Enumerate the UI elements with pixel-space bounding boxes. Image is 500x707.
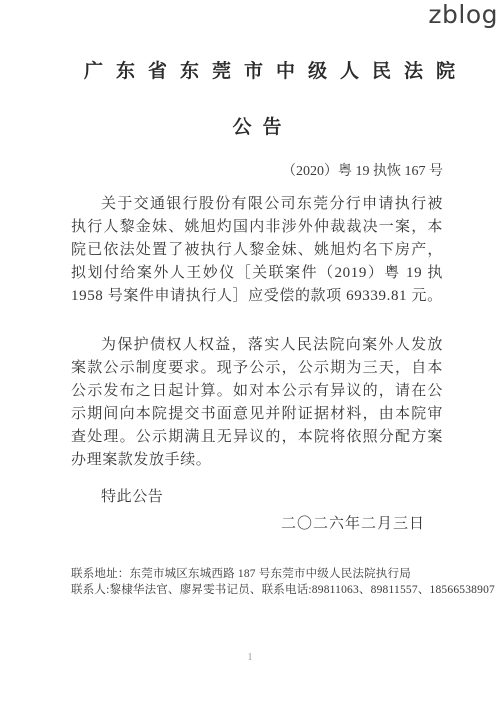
announcement-paragraph-2: 为保护债权人权益，落实人民法院向案外人发放案款公示制度要求。现予公示，公示期为三… [71,334,443,472]
closing-phrase: 特此公告 [71,486,443,509]
contact-block: 联系地址：东莞市城区东城西路 187 号东莞市中级人民法院执行局 联系人:黎棣华… [71,567,443,598]
announcement-date: 二〇二六年二月三日 [71,513,443,536]
court-name: 广东省东莞市中级人民法院 [71,58,443,86]
document-content: 广东省东莞市中级人民法院 公告 （2020）粤 19 执恢 167 号 关于交通… [0,58,500,598]
contact-persons: 联系人:黎棣华法官、廖昇雯书记员、联系电话:89811063、89811557、… [71,583,443,599]
page-number: 1 [0,652,500,663]
announcement-title: 公告 [71,114,443,142]
zblog-watermark: zblog [428,0,498,29]
announcement-paragraph-1: 关于交通银行股份有限公司东莞分行申请执行被执行人黎金妹、姚旭灼国内非涉外仲裁裁决… [71,193,443,308]
contact-address: 联系地址：东莞市城区东城西路 187 号东莞市中级人民法院执行局 [71,567,443,583]
case-number: （2020）粤 19 执恢 167 号 [71,162,443,182]
court-announcement-document: zblog 广东省东莞市中级人民法院 公告 （2020）粤 19 执恢 167 … [0,0,500,707]
